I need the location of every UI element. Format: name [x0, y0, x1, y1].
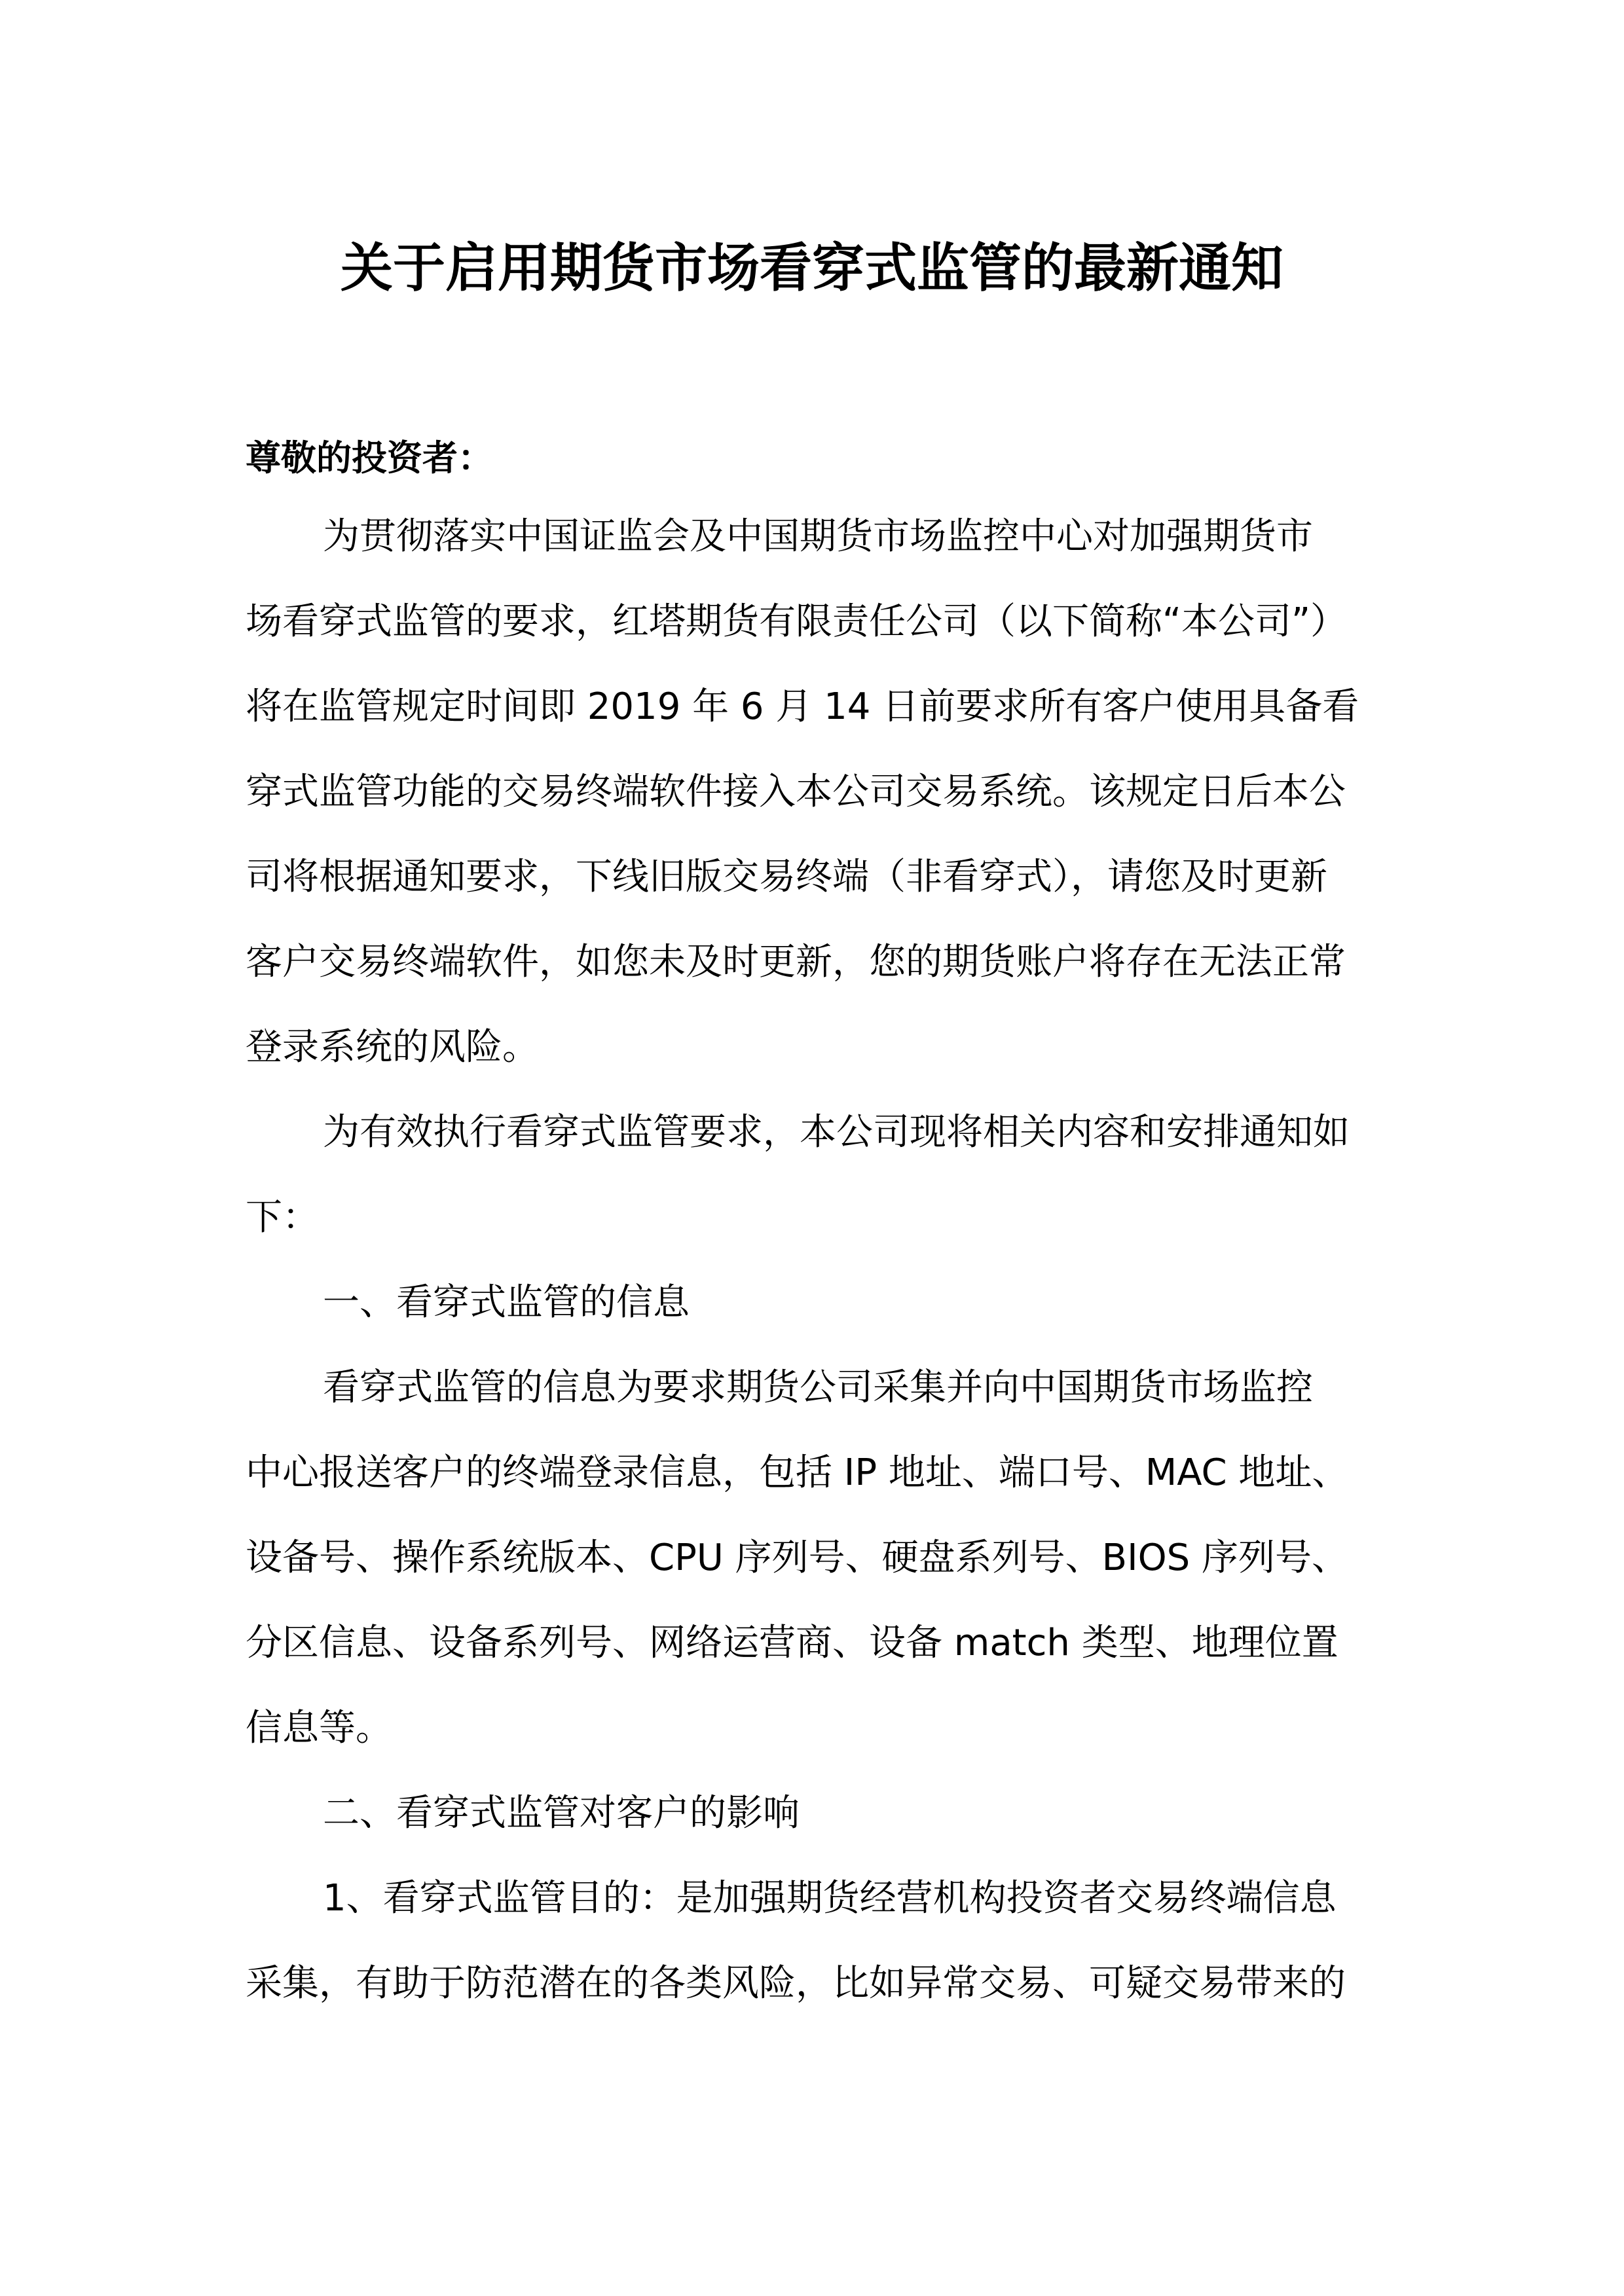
- paragraph-line: 为贯彻落实中国证监会及中国期货市场监控中心对加强期货市: [246, 507, 1398, 592]
- paragraph-line: 登录系统的风险。: [246, 1018, 1398, 1103]
- salutation: 尊敬的投资者：: [246, 429, 493, 488]
- paragraph-line: 1、看穿式监管目的：是加强期货经营机构投资者交易终端信息: [246, 1869, 1398, 1954]
- paragraph-line: 客户交易终端软件，如您未及时更新，您的期货账户将存在无法正常: [246, 933, 1398, 1018]
- paragraph-line: 场看穿式监管的要求，红塔期货有限责任公司（以下简称“本公司”）: [246, 592, 1398, 678]
- paragraph-line: 采集，有助于防范潜在的各类风险，比如异常交易、可疑交易带来的: [246, 1954, 1398, 2039]
- document-page: 关于启用期货市场看穿式监管的最新通知 尊敬的投资者： 为贯彻落实中国证监会及中国…: [0, 0, 1624, 2296]
- paragraph-line: 穿式监管功能的交易终端软件接入本公司交易系统。该规定日后本公: [246, 763, 1398, 848]
- paragraph-line: 下：: [246, 1188, 1398, 1273]
- paragraph-line: 信息等。: [246, 1699, 1398, 1784]
- paragraph-line: 看穿式监管的信息为要求期货公司采集并向中国期货市场监控: [246, 1358, 1398, 1444]
- document-body: 为贯彻落实中国证监会及中国期货市场监控中心对加强期货市 场看穿式监管的要求，红塔…: [246, 507, 1398, 2039]
- section-heading: 一、看穿式监管的信息: [246, 1273, 1398, 1358]
- paragraph-line: 分区信息、设备系列号、网络运营商、设备 match 类型、地理位置: [246, 1614, 1398, 1699]
- paragraph-line: 将在监管规定时间即 2019 年 6 月 14 日前要求所有客户使用具备看: [246, 678, 1398, 763]
- paragraph-line: 中心报送客户的终端登录信息，包括 IP 地址、端口号、MAC 地址、: [246, 1444, 1398, 1529]
- paragraph-line: 设备号、操作系统版本、CPU 序列号、硬盘系列号、BIOS 序列号、: [246, 1529, 1398, 1614]
- document-title: 关于启用期货市场看穿式监管的最新通知: [0, 232, 1624, 304]
- paragraph-line: 司将根据通知要求，下线旧版交易终端（非看穿式），请您及时更新: [246, 848, 1398, 933]
- section-heading: 二、看穿式监管对客户的影响: [246, 1784, 1398, 1869]
- paragraph-line: 为有效执行看穿式监管要求，本公司现将相关内容和安排通知如: [246, 1103, 1398, 1188]
